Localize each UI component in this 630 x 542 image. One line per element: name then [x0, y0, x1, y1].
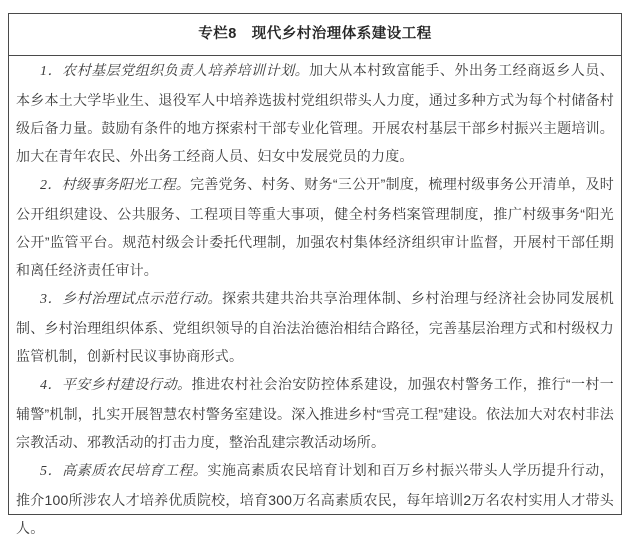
feature-box-title: 专栏8 现代乡村治理体系建设工程: [9, 14, 621, 56]
list-item: 3．乡村治理试点示范行动。探索共建共治共享治理体制、乡村治理与经济社会协同发展机…: [16, 284, 614, 370]
item-lead: 乡村治理试点示范行动。: [62, 292, 222, 307]
list-item: 4．平安乡村建设行动。推进农村社会治安防控体系建设，加强农村警务工作，推行“一村…: [16, 370, 614, 456]
list-item: 2．村级事务阳光工程。完善党务、村务、财务“三公开”制度，梳理村级事务公开清单，…: [16, 170, 614, 284]
item-number: 2．: [40, 178, 62, 193]
item-lead: 高素质农民培育工程。: [62, 464, 207, 479]
list-item: 5．高素质农民培育工程。实施高素质农民培育计划和百万乡村振兴带头人学历提升行动，…: [16, 456, 614, 526]
item-number: 1．: [40, 64, 62, 79]
item-number: 3．: [40, 292, 62, 307]
item-number: 5．: [40, 464, 62, 479]
panel-body: 1．农村基层党组织负责人培养培训计划。加大从本村致富能手、外出务工经商返乡人员、…: [9, 56, 621, 526]
item-number: 4．: [40, 378, 62, 393]
item-lead: 村级事务阳光工程。: [62, 178, 191, 193]
feature-box: 专栏8 现代乡村治理体系建设工程 1．农村基层党组织负责人培养培训计划。加大从本…: [8, 13, 622, 515]
item-lead: 农村基层党组织负责人培养培训计划。: [62, 64, 309, 79]
item-lead: 平安乡村建设行动。: [62, 378, 192, 393]
list-item: 1．农村基层党组织负责人培养培训计划。加大从本村致富能手、外出务工经商返乡人员、…: [16, 56, 614, 170]
